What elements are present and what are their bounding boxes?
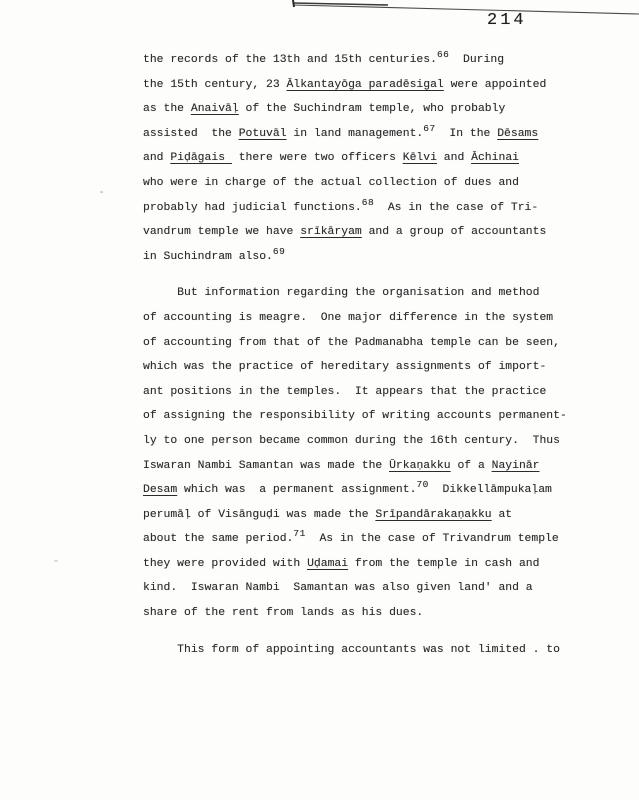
text-segment: from the temple in cash and: [348, 558, 539, 570]
text-segment: assisted the: [143, 128, 239, 140]
text-line: share of the rent from lands as his dues…: [143, 601, 567, 626]
text-segment: there were two officers: [232, 152, 403, 164]
text-segment: the 15th century, 23: [143, 79, 287, 91]
paragraph: This form of appointing accountants was …: [143, 638, 567, 663]
scan-artifact-line: [0, 0, 639, 30]
text-line: as the Anaivāḷ of the Suchindram temple,…: [143, 97, 567, 122]
text-segment: of a: [451, 460, 492, 472]
text-segment: Dikkellāmpukaḷam: [429, 484, 552, 496]
underlined-term: Uḍamai: [307, 558, 348, 570]
underlined-term: Potuvāl: [239, 128, 287, 140]
text-line: of assigning the responsibility of writi…: [143, 404, 567, 429]
text-line: who were in charge of the actual collect…: [143, 171, 567, 196]
text-line: in Suchindram also.69: [143, 245, 567, 270]
underlined-term: Srīpandārakaṇakku: [375, 509, 491, 521]
footnote-ref: 71: [293, 528, 305, 539]
text-line: of accounting from that of the Padmanabh…: [143, 331, 567, 356]
text-segment: were appointed: [444, 79, 547, 91]
text-segment: at: [492, 509, 513, 521]
underlined-term: Dēsams: [497, 128, 538, 140]
text-line: vandrum temple we have srīkāryam and a g…: [143, 220, 567, 245]
page-number: 214: [487, 11, 527, 30]
text-line: the 15th century, 23 Ālkantayōga paradēs…: [143, 73, 567, 98]
text-segment: ant positions in the temples. It appears…: [143, 386, 546, 398]
text-segment: share of the rent from lands as his dues…: [143, 607, 423, 619]
underlined-term: Anaivāḷ: [191, 103, 239, 115]
page-body: the records of the 13th and 15th centuri…: [143, 48, 567, 674]
text-segment: Iswaran Nambi Samantan was made the: [143, 460, 389, 472]
underlined-term: Kēlvi: [403, 152, 437, 164]
text-line: of accounting is meagre. One major diffe…: [143, 306, 567, 331]
text-line: perumāḷ of Visānguḍi was made the Srīpan…: [143, 503, 567, 528]
text-segment: kind. Iswaran Nambi Samantan was also gi…: [143, 582, 533, 594]
paragraph: the records of the 13th and 15th centuri…: [143, 48, 567, 269]
underlined-term: Desam: [143, 484, 177, 496]
text-segment: who were in charge of the actual collect…: [143, 177, 519, 189]
text-segment: and a group of accountants: [362, 226, 547, 238]
footnote-ref: 66: [437, 49, 449, 60]
text-segment: During: [449, 54, 504, 66]
text-line: This form of appointing accountants was …: [143, 638, 567, 663]
scan-speck: [54, 560, 58, 562]
text-segment: the records of the 13th and 15th centuri…: [143, 54, 437, 66]
text-segment: in Suchindram also.: [143, 251, 273, 263]
paragraph: But information regarding the organisati…: [143, 281, 567, 625]
text-segment: But information regarding the organisati…: [143, 287, 539, 299]
text-line: ly to one person became common during th…: [143, 429, 567, 454]
text-line: But information regarding the organisati…: [143, 281, 567, 306]
underlined-term: Ālkantayōga paradēsigal: [287, 79, 444, 91]
text-line: assisted the Potuvāl in land management.…: [143, 122, 567, 147]
scan-speck: [100, 191, 103, 193]
text-line: they were provided with Uḍamai from the …: [143, 552, 567, 577]
text-line: Desam which was a permanent assignment.7…: [143, 478, 567, 503]
underlined-term: Piḍāgais: [170, 152, 232, 164]
text-line: kind. Iswaran Nambi Samantan was also gi…: [143, 576, 567, 601]
underlined-term: Nayinār: [492, 460, 540, 472]
footnote-ref: 68: [362, 197, 374, 208]
text-segment: ly to one person became common during th…: [143, 435, 560, 447]
text-segment: as the: [143, 103, 191, 115]
text-line: ant positions in the temples. It appears…: [143, 380, 567, 405]
text-segment: which was the practice of hereditary ass…: [143, 361, 546, 373]
text-segment: As in the case of Trivandrum temple: [306, 533, 559, 545]
text-segment: and: [143, 152, 170, 164]
text-segment: of the Suchindram temple, who probably: [239, 103, 506, 115]
text-segment: and: [437, 152, 471, 164]
text-segment: perumāḷ of Visānguḍi was made the: [143, 509, 375, 521]
text-line: about the same period.71 As in the case …: [143, 527, 567, 552]
text-segment: they were provided with: [143, 558, 307, 570]
underlined-term: srīkāryam: [300, 226, 362, 238]
text-segment: about the same period.: [143, 533, 293, 545]
underlined-term: Ūrkaṇakku: [389, 460, 451, 472]
text-segment: As in the case of Tri-: [374, 202, 538, 214]
text-line: and Piḍāgais there were two officers Kēl…: [143, 146, 567, 171]
text-segment: in land management.: [287, 128, 424, 140]
text-line: the records of the 13th and 15th centuri…: [143, 48, 567, 73]
footnote-ref: 67: [423, 123, 435, 134]
underlined-term: Āchinai: [471, 152, 519, 164]
text-line: Iswaran Nambi Samantan was made the Ūrka…: [143, 454, 567, 479]
text-segment: of accounting is meagre. One major diffe…: [143, 312, 553, 324]
text-segment: In the: [436, 128, 498, 140]
footnote-ref: 69: [273, 246, 285, 257]
text-segment: vandrum temple we have: [143, 226, 300, 238]
text-line: which was the practice of hereditary ass…: [143, 355, 567, 380]
footnote-ref: 70: [416, 479, 428, 490]
document-page: 214 the records of the 13th and 15th cen…: [0, 0, 639, 800]
text-segment: probably had judicial functions.: [143, 202, 362, 214]
text-segment: This form of appointing accountants was …: [143, 644, 560, 656]
text-segment: of assigning the responsibility of writi…: [143, 410, 567, 422]
text-segment: of accounting from that of the Padmanabh…: [143, 337, 560, 349]
text-line: probably had judicial functions.68 As in…: [143, 196, 567, 221]
text-segment: which was a permanent assignment.: [177, 484, 416, 496]
